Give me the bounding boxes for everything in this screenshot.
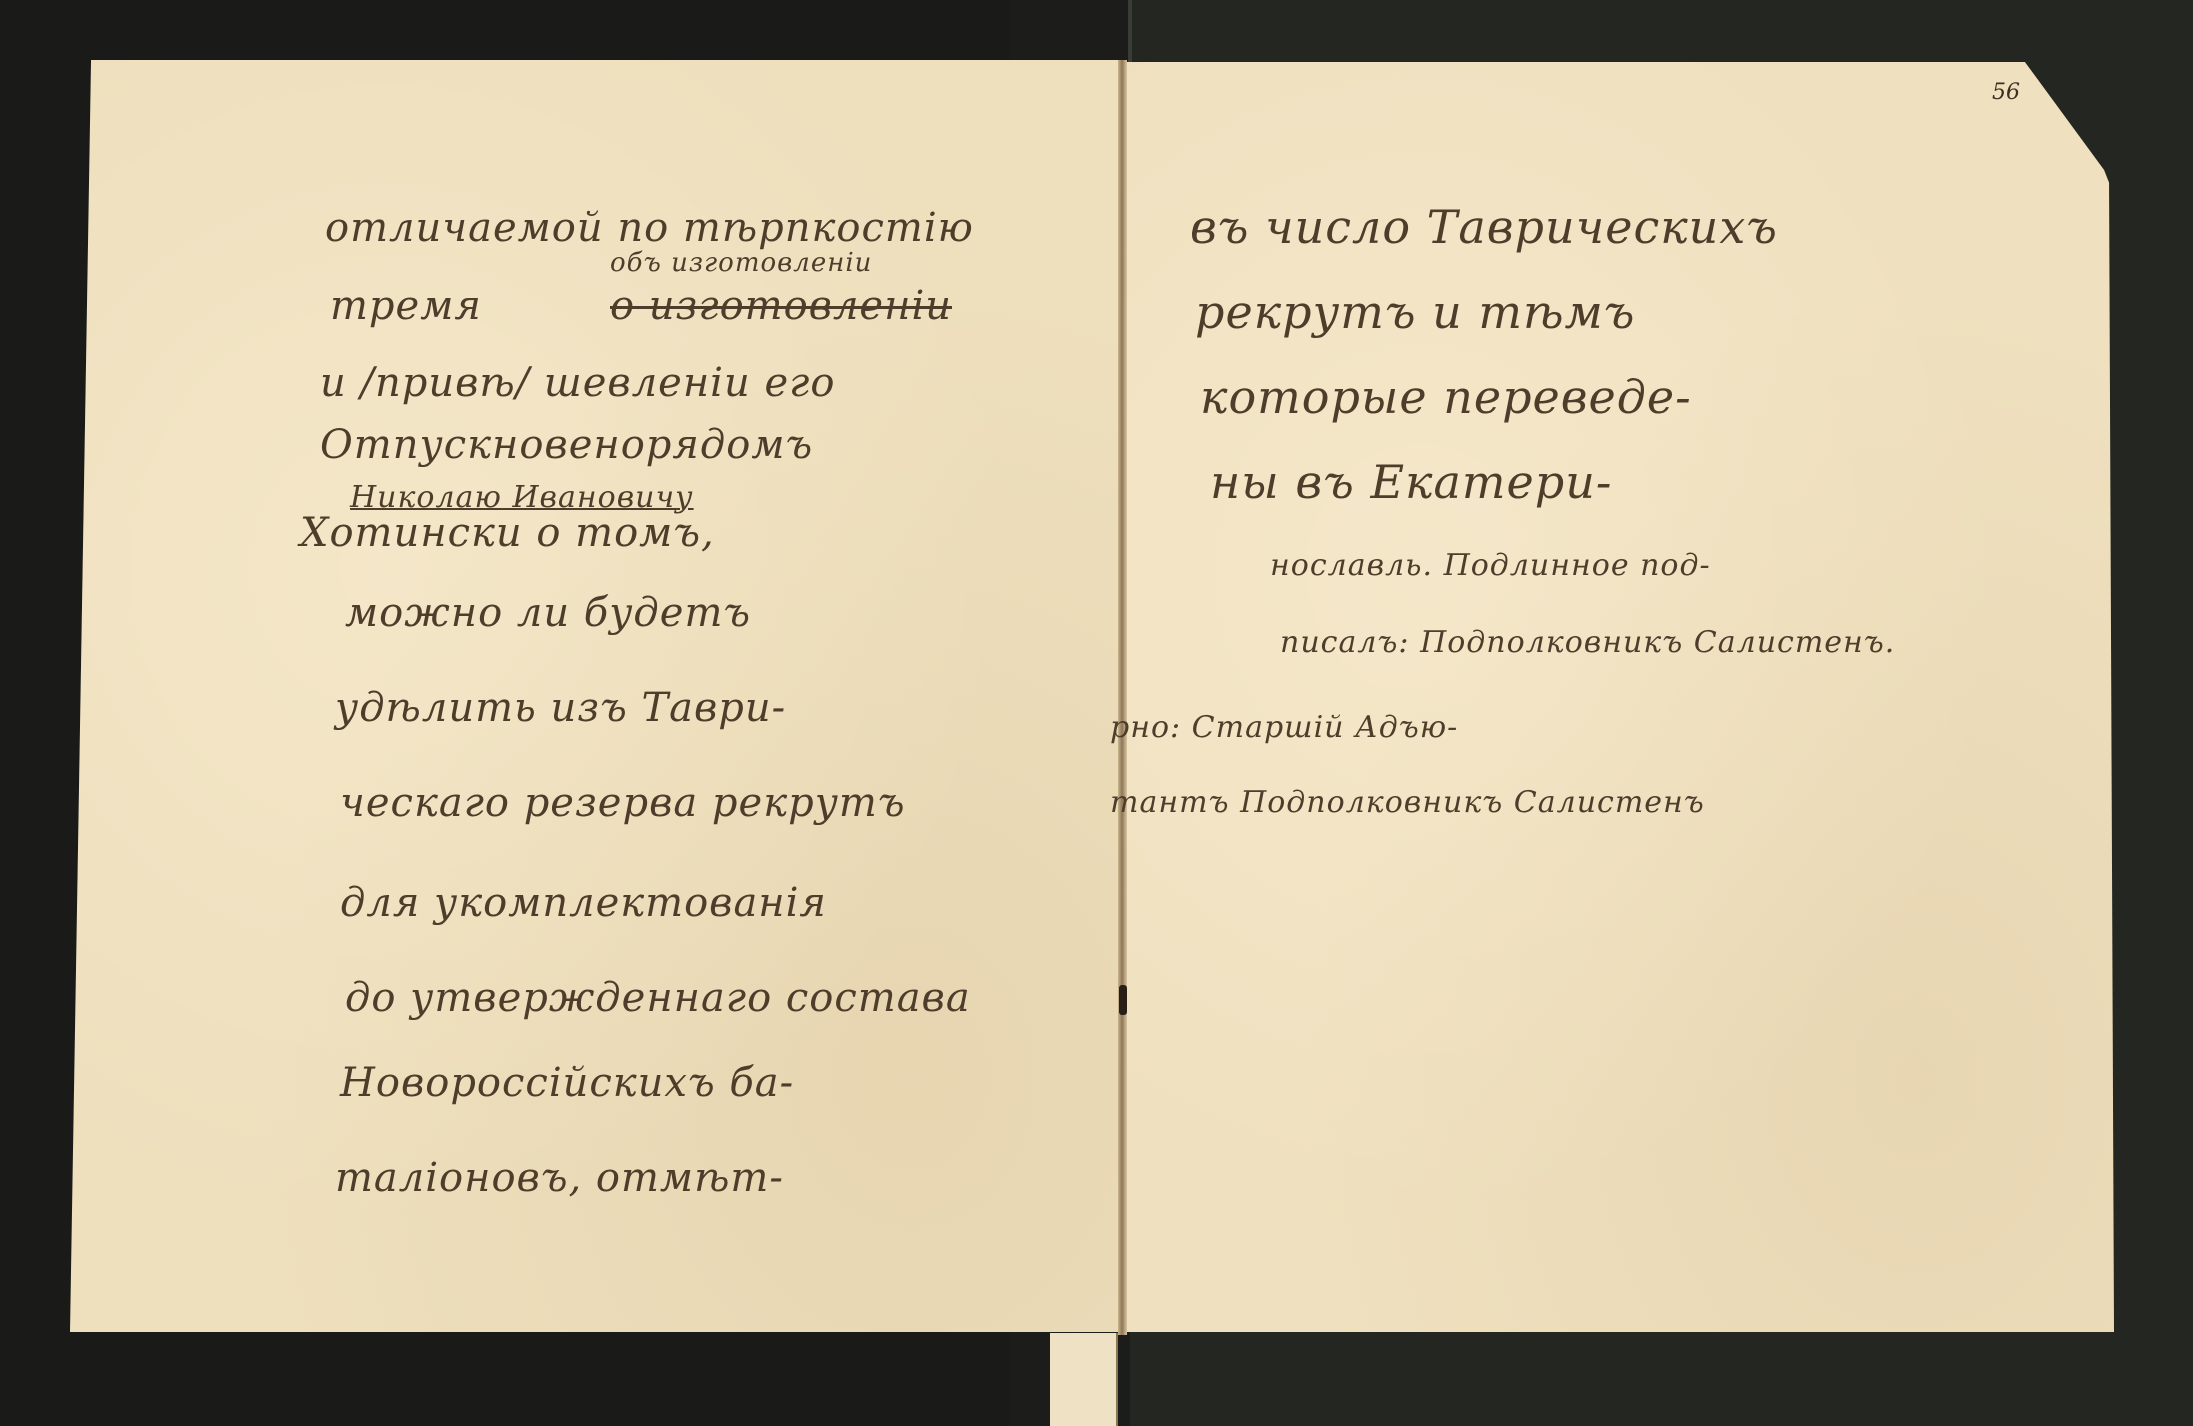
left-line-10: для укомплектованія <box>340 880 827 926</box>
left-line-7: можно ли будетъ <box>345 590 751 636</box>
left-line-6: Хотински о томъ, <box>300 510 715 556</box>
left-line-2: тремя <box>330 283 482 329</box>
left-line-11: до утвержденнаго состава <box>345 975 971 1021</box>
scan-background-divider <box>1128 0 1132 70</box>
right-line-4: ны въ Екатери- <box>1210 455 1612 509</box>
binding-strip <box>1050 1333 1118 1426</box>
spine-fold <box>1118 60 1127 1335</box>
left-line-3: и /привѣ/ шевленіи его <box>320 360 835 406</box>
margin-note-line-2: тантъ Подполковникъ Салистенъ <box>1110 785 1705 820</box>
right-line-3: которые переведе- <box>1200 370 1692 424</box>
spine-tear <box>1119 985 1127 1015</box>
left-line-1: отличаемой по тѣрпкостію <box>325 205 974 251</box>
folio-number: 56 <box>1992 80 2020 105</box>
right-line-2: рекрутъ и тѣмъ <box>1195 285 1635 339</box>
left-line-13: таліоновъ, отмѣт- <box>335 1155 784 1201</box>
left-line-9: ческаго резерва рекрутъ <box>340 780 905 826</box>
right-line-1: въ число Таврическихъ <box>1190 200 1778 254</box>
left-line-4: Отпускновенорядомъ <box>320 422 813 468</box>
left-insertion: объ изготовленіи <box>610 248 872 278</box>
margin-note-line-1: рно: Старшій Адъю- <box>1110 710 1458 745</box>
left-struck-text: о изготовленіи <box>610 283 952 329</box>
left-line-8: удѣлить изъ Таври- <box>335 685 786 731</box>
left-line-12: Новороссійскихъ ба- <box>340 1060 794 1106</box>
right-line-5: нославль. Подлинное под- <box>1270 548 1711 583</box>
right-line-6: писалъ: Подполковникъ Салистенъ. <box>1280 625 1895 660</box>
